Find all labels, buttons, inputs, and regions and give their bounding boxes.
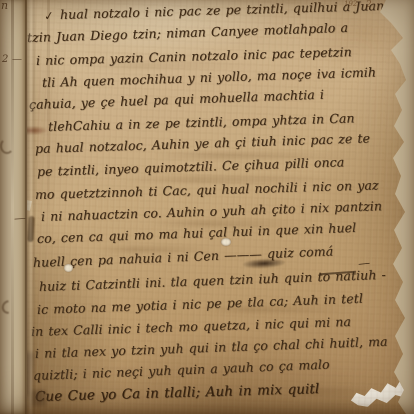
manuscript-line-6: tlehCahiu a in ze pe tzintli, ompa yhtza… xyxy=(48,111,355,134)
stroke-fragment xyxy=(0,297,18,316)
manuscript-line-5: çahuia, ye çe huel pa qui mohuella macht… xyxy=(29,88,324,112)
margin-numeral: 2 xyxy=(2,54,8,65)
margin-dash: — xyxy=(12,54,22,65)
ink-smudge xyxy=(30,390,46,406)
margin-dash: — xyxy=(14,211,27,226)
manuscript-line-1: hual notzalo i nic pac ze pe tzintli, qu… xyxy=(60,0,389,22)
manuscript-line-4: tli Ah quen mochihua y ni yollo, ma noçe… xyxy=(42,66,376,90)
margin-dash: — xyxy=(357,255,370,270)
manuscript-line-16: i ni tla nex yo tzin yuh qui in tla ço c… xyxy=(35,335,388,361)
margin-letter: n xyxy=(1,0,8,12)
manuscript-line-2: tzin Juan Diego tzin; niman Canyee motla… xyxy=(27,21,349,45)
manuscript-line-18: Cue Cue yo Ca in tlalli; Auh in mix quit… xyxy=(35,382,320,404)
wormhole xyxy=(221,238,231,246)
crossed-out-word-blot xyxy=(243,258,285,269)
manuscript-page: 192 2 ✓ hual notzalo i nic pac ze pe tzi… xyxy=(0,0,414,414)
manuscript-line-9: mo quetztzinnoh ti Cac, qui hual nochili… xyxy=(35,178,379,202)
manuscript-line-7: pa hual notzaloc, Auhin ye ah çi tiuh in… xyxy=(35,131,370,156)
stroke-fragment xyxy=(0,138,14,154)
manuscript-line-15: in tex Calli inic i tech mo quetza, i ni… xyxy=(31,315,351,339)
wormhole xyxy=(64,264,73,272)
manuscript-line-3: i nic ompa yazin Canin notzalo inic pac … xyxy=(36,45,352,68)
manuscript-line-12: huell çen pa nahuia i ni Cen ——— quiz co… xyxy=(33,244,334,270)
manuscript-photo: 192 2 ✓ hual notzalo i nic pac ze pe tzi… xyxy=(0,0,414,414)
manuscript-line-17: quiztli; i nic neçi yuh quin a yauh co ç… xyxy=(33,358,330,383)
check-mark: ✓ xyxy=(43,8,55,23)
manuscript-line-8: pe tzintli, inyeo quimotztili. Ce çihua … xyxy=(37,155,345,179)
manuscript-line-11: co, cen ca qui mo ma hui çal hui in que … xyxy=(37,221,357,246)
previous-page-edge: n 2 — xyxy=(0,0,27,414)
ink-mark xyxy=(27,216,34,242)
manuscript-line-14: ic moto na me yotia i nic pe pe tla ca; … xyxy=(37,292,363,317)
